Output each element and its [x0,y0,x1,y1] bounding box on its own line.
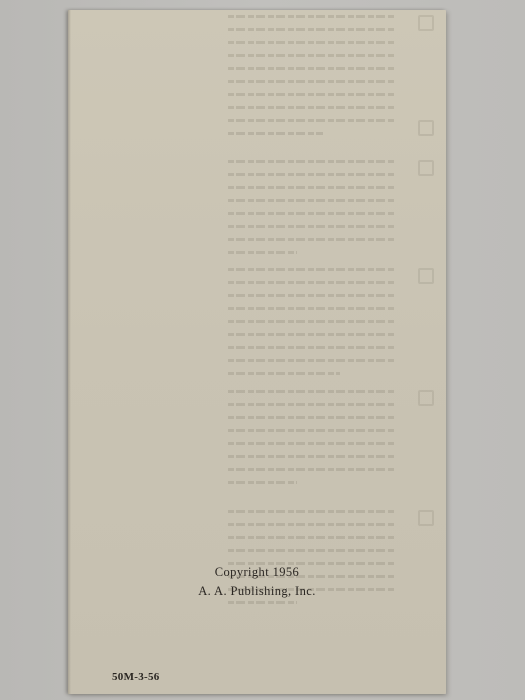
bleed-line [228,416,396,419]
bleed-number [418,268,434,284]
bleed-line [228,536,396,539]
bleed-line [228,320,396,323]
bleed-line [228,442,396,445]
bleed-line [228,173,396,176]
pamphlet-page: Copyright 1956 A. A. Publishing, Inc. 50… [68,10,446,694]
bleed-line [228,523,396,526]
bleed-number [418,160,434,176]
copyright-block: Copyright 1956 A. A. Publishing, Inc. [68,563,446,601]
bleed-line [228,212,396,215]
bleed-line [228,106,396,109]
bleed-line [228,294,396,297]
print-code: 50M-3-56 [112,671,160,683]
bleed-line [228,510,396,513]
bleed-line [228,403,396,406]
bleed-line [228,359,396,362]
bleed-line [228,41,396,44]
bleed-line [228,15,396,18]
bleed-line [228,119,396,122]
bleed-line [228,160,396,163]
bleed-line [228,549,396,552]
bleed-number [418,390,434,406]
bleed-line [228,429,396,432]
bleed-line [228,346,396,349]
bleed-line [228,199,396,202]
bleed-line [228,251,297,254]
bleed-number [418,15,434,31]
bleed-line [228,333,396,336]
bleed-line [228,186,396,189]
bleed-line [228,225,396,228]
bleed-line [228,281,396,284]
bleed-line [228,132,323,135]
bleed-line [228,468,396,471]
publisher-line: A. A. Publishing, Inc. [68,582,446,601]
bleed-line [228,93,396,96]
bleed-line [228,54,396,57]
bleed-line [228,268,396,271]
bleed-line [228,481,297,484]
copyright-line: Copyright 1956 [68,563,446,582]
bleed-number [418,510,434,526]
bleed-line [228,67,396,70]
bleed-line [228,28,396,31]
bleed-number [418,120,434,136]
bleed-line [228,372,340,375]
bleed-line [228,601,297,604]
bleed-line [228,455,396,458]
bleed-line [228,80,396,83]
bleed-line [228,307,396,310]
bleed-line [228,390,396,393]
bleed-line [228,238,396,241]
